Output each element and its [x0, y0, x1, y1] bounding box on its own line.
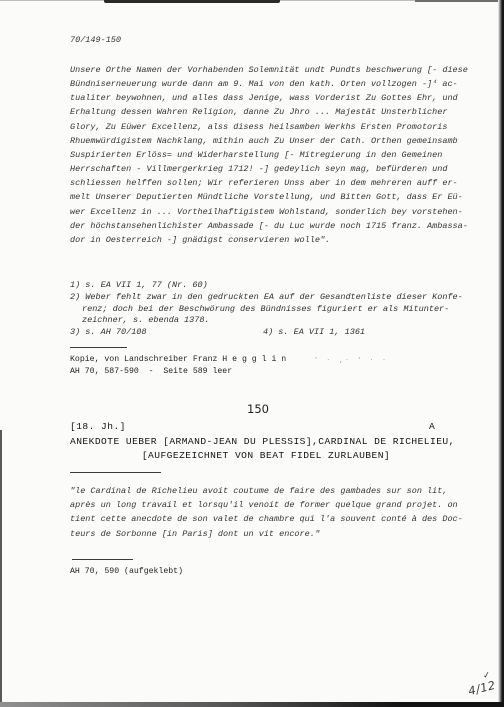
quote-line: "le Cardinal de Richelieu avoit coutume …	[70, 484, 463, 498]
body-line: Rhuemwürdigistem Nachklang, mithin auch …	[70, 134, 468, 148]
scan-edge-top-smudge	[104, 0, 280, 3]
source-shelfmark-line: AH 70, 587-590 - Seite 589 leer	[70, 366, 232, 378]
body-line: dor in Oesterreich -] gnädigst conservie…	[70, 233, 468, 247]
archive-reference: 70/149-150	[70, 33, 121, 47]
body-line: Unsere Orthe Namen der Vorhabenden Solem…	[70, 63, 468, 77]
separator-rule	[72, 559, 133, 560]
body-line: melt Unserer Deputierten Mündtliche Vors…	[70, 190, 468, 204]
source-shelfmark-line: AH 70, 590 (aufgeklebt)	[70, 566, 183, 578]
quotation-block: "le Cardinal de Richelieu avoit coutume …	[70, 484, 463, 541]
footnote-2-line3: zeichner, s. ebenda 1378.	[82, 315, 210, 327]
scan-edge-left	[0, 430, 2, 707]
series-letter: A	[429, 421, 435, 432]
scan-edge-top-right	[415, 0, 504, 2]
source-copy-line: Kopie, von Landschreiber Franz H e g g l…	[70, 354, 286, 366]
entry-date: [18. Jh.]	[70, 421, 126, 432]
quote-line: tient cette anecdote de son valet de cha…	[70, 512, 463, 526]
footnote-4: 4) s. EA VII 1, 1361	[263, 327, 365, 339]
footnote-2-line1: 2) Weber fehlt zwar in den gedruckten EA…	[70, 292, 463, 304]
separator-rule	[70, 347, 127, 348]
scan-edge-right	[498, 0, 504, 707]
separator-rule	[70, 472, 161, 473]
scanned-document-page: 70/149-150 Unsere Orthe Namen der Vorhab…	[0, 0, 504, 707]
body-line: Glory, Zu Eüwer Excellenz, alss disess h…	[70, 120, 468, 134]
page-fraction-annotation: 4/12	[467, 678, 497, 698]
footnote-1: 1) s. EA VII 1, 77 (Nr. 60)	[70, 280, 208, 292]
entry-number: 150	[60, 402, 456, 416]
quote-line: après un long travail et lorsqu'il venoi…	[70, 498, 463, 512]
body-line: Herrschaften - Villmergerkrieg 1712! -] …	[70, 162, 468, 176]
scan-edge-bottom	[0, 702, 504, 707]
entry-title-line1: ANEKDOTE UEBER [ARMAND-JEAN DU PLESSIS],…	[70, 436, 455, 447]
body-line: der höchstansehenlichister Ambassade [- …	[70, 219, 468, 233]
body-line: Suspirierten Erlöss= und Widerharstellun…	[70, 148, 468, 162]
body-line: Bündniserneuerung wurde dann am 9. Mai v…	[70, 77, 468, 91]
body-line: schliessen helffen sollen; Wir referiere…	[70, 176, 468, 190]
body-line: tualiter beywohnen, und alles dass Jenig…	[70, 91, 468, 105]
footnote-3: 3) s. AH 70/108	[70, 327, 147, 339]
entry-title-line2: [AUFGEZEICHNET VON BEAT FIDEL ZURLAUBEN]	[70, 450, 462, 461]
body-line: wer Excellenz in ... Vortheilhaftigistem…	[70, 205, 468, 219]
body-line: Erhaltung dessen Wahren Religion, danne …	[70, 105, 468, 119]
transcription-body: Unsere Orthe Namen der Vorhabenden Solem…	[70, 63, 468, 247]
pencil-marks: ' · ,· ' · ·	[315, 356, 389, 364]
quote-line: teurs de Sorbonne [in Paris] dont un vit…	[70, 527, 463, 541]
footnote-2-line2: renz; doch bei der Beschwörung des Bündn…	[82, 304, 449, 316]
